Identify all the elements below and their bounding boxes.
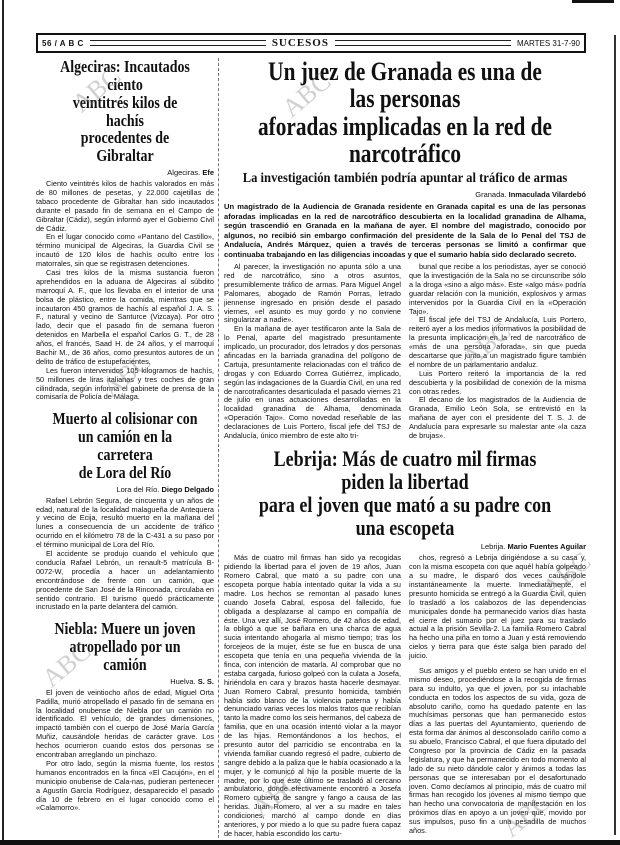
lead-paragraph: Un magistrado de la Audiencia de Granada… (224, 202, 586, 259)
headline-line: veintitrés kilos de hachís (52, 94, 198, 130)
article-algeciras: Algeciras: Incautados ciento veintitrés … (36, 58, 214, 402)
paragraph: En la mañana de ayer testificaron ante l… (224, 325, 401, 441)
headline-line: Niebla: Muere un joven (52, 620, 198, 638)
headline-line: Un juez de Granada es una de las persona… (257, 58, 554, 113)
byline: Lora del Río. Diego Delgado (36, 485, 214, 494)
article-lebrija: Lebrija: Más de cuatro mil firmas piden … (224, 447, 586, 839)
scan-bottom-edge (0, 840, 620, 845)
byline-place: Granada. (475, 190, 506, 199)
paragraph: En el lugar conocido como «Pantano del C… (36, 233, 214, 269)
paragraph: Al parecer, la investigación no apunta s… (224, 263, 401, 325)
paragraph: Más de cuatro mil firmas han sido ya rec… (224, 554, 401, 839)
headline-line: Algeciras: Incautados ciento (52, 58, 198, 94)
paragraph: El joven de veintiocho años de edad, Mig… (36, 689, 214, 760)
text-column: Al parecer, la investigación no apunta s… (224, 263, 401, 441)
page-masthead: 56 / A B C SUCESOS MARTES 31-7-90 (36, 33, 586, 53)
paragraph: Casi tres kilos de la misma sustancia fu… (36, 269, 214, 367)
byline-author: Diego Delgado (161, 485, 214, 494)
headline-line: Lebrija: Más de cuatro mil firmas piden … (257, 447, 554, 493)
paragraph: Sus amigos y el pueblo entero se han uni… (409, 667, 586, 836)
headline: Un juez de Granada es una de las persona… (257, 58, 554, 167)
scan-top-mark (572, 0, 614, 3)
byline: Lebrija. Mario Fuentes Aguilar (224, 542, 586, 551)
subheadline: La investigación también podría apuntar … (242, 171, 568, 187)
headline: Muerto al colisionar con un camión en la… (52, 410, 198, 481)
paragraph: bunal que recibe a los periodistas, ayer… (409, 263, 586, 316)
paragraph: Luis Portero reiteró la importancia de l… (409, 370, 586, 397)
page-number: 56 / A B C (42, 39, 84, 48)
paragraph: El decano de los magistrados de la Audie… (409, 396, 586, 440)
left-column: Algeciras: Incautados ciento veintitrés … (36, 58, 214, 813)
byline-author: Mario Fuentes Aguilar (508, 542, 586, 551)
article-body: Al parecer, la investigación no apunta s… (224, 263, 586, 441)
byline-author: Inmaculada Vilardebó (509, 190, 586, 199)
byline-place: Algeciras. (167, 168, 200, 177)
masthead-rule (90, 40, 266, 46)
headline: Lebrija: Más de cuatro mil firmas piden … (257, 447, 554, 539)
byline-place: Lora del Río. (116, 485, 159, 494)
headline: Algeciras: Incautados ciento veintitrés … (52, 58, 198, 165)
issue-date: MARTES 31-7-90 (517, 39, 580, 48)
article-body: Más de cuatro mil firmas han sido ya rec… (224, 554, 586, 839)
scan-edge-right (614, 35, 616, 835)
paragraph: El accidente se produjo cuando el vehícu… (36, 550, 214, 612)
section-title: SUCESOS (272, 37, 329, 49)
column-divider (218, 58, 219, 838)
headline-line: aforadas implicadas en la red de narcotr… (257, 113, 554, 168)
paragraph: Les fueron intervenidos 105 kilogramos d… (36, 367, 214, 403)
main-column: Un juez de Granada es una de las persona… (224, 58, 586, 839)
byline: Algeciras. Efe (36, 168, 214, 177)
paragraph: Rafael Lebrón Segura, de cincuenta y un … (36, 497, 214, 550)
headline-line: un camión en la carretera (52, 428, 198, 464)
text-column: chos, regresó a Lebrija dirigiéndose a s… (409, 554, 586, 839)
article-lora-del-rio: Muerto al colisionar con un camión en la… (36, 410, 214, 612)
byline-author: Efe (202, 168, 214, 177)
article-niebla: Niebla: Muere un joven atropellado por u… (36, 620, 214, 813)
byline-place: Lebrija. (481, 542, 506, 551)
headline: Niebla: Muere un joven atropellado por u… (52, 620, 198, 674)
headline-line: procedentes de Gibraltar (52, 129, 198, 165)
paragraph: chos, regresó a Lebrija dirigiéndose a s… (409, 554, 586, 661)
article-juez-granada: Un juez de Granada es una de las persona… (224, 58, 586, 441)
headline-line: para el joven que mató a su padre con un… (257, 493, 554, 539)
paragraph: Ciento veintitrés kilos de hachís valora… (36, 180, 214, 233)
text-column: Más de cuatro mil firmas han sido ya rec… (224, 554, 401, 839)
text-column: bunal que recibe a los periodistas, ayer… (409, 263, 586, 441)
byline: Granada. Inmaculada Vilardebó (224, 190, 586, 199)
headline-line: Muerto al colisionar con (52, 410, 198, 428)
masthead-rule (335, 40, 511, 46)
scan-edge-left (2, 0, 4, 845)
paragraph: Por otro lado, según la misma fuente, lo… (36, 760, 214, 813)
headline-line: atropellado por un camión (52, 638, 198, 674)
paragraph: El fiscal jefe del TSJ de Andalucía, Lui… (409, 316, 586, 369)
headline-line: de Lora del Río (52, 464, 198, 482)
byline-place: Huelva. (170, 677, 195, 686)
byline-author: S. S. (198, 677, 214, 686)
byline: Huelva. S. S. (36, 677, 214, 686)
